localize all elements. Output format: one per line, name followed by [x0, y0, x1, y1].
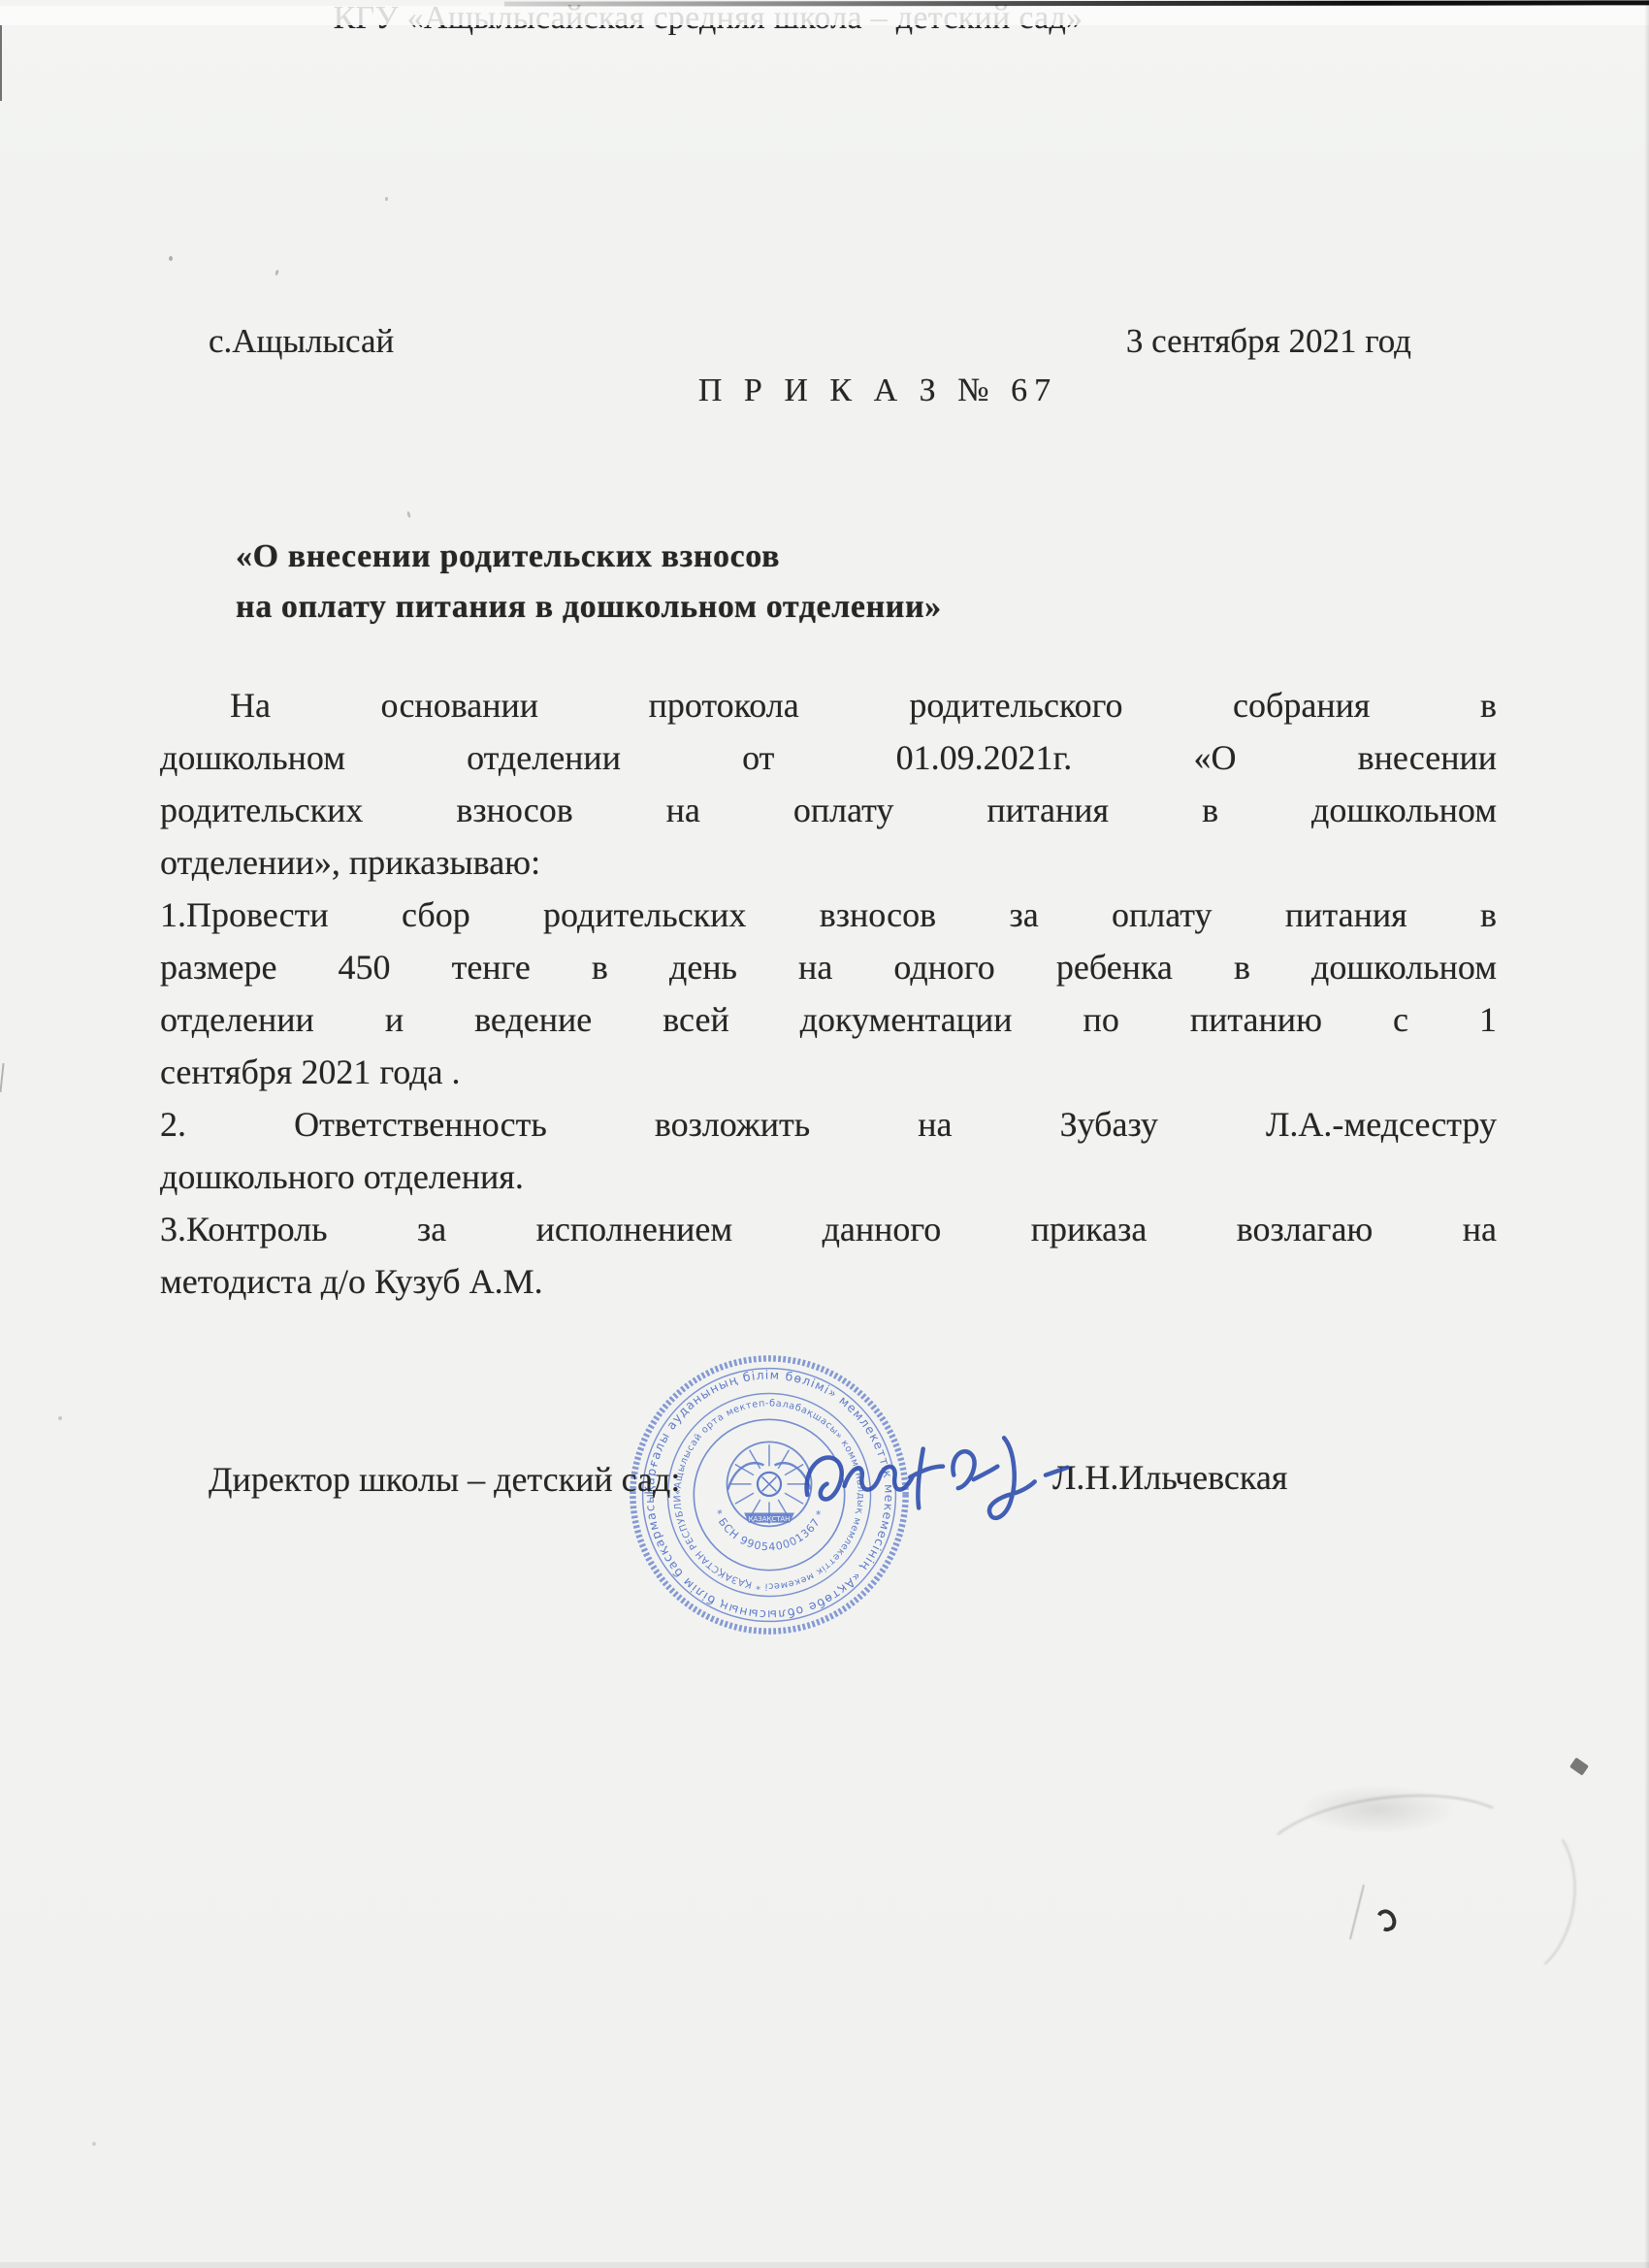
date-label: 3 сентября 2021 год [1126, 322, 1411, 361]
subject-line: на оплату питания в дошкольном отделении… [236, 582, 942, 632]
order-body: На основании протокола родительского соб… [160, 679, 1497, 1308]
scan-smudge [1349, 1885, 1365, 1940]
body-line: методиста д/о Кузуб А.М. [160, 1255, 1497, 1308]
scan-ink-blob [1569, 1757, 1589, 1775]
order-number-title: П Р И К А З № 67 [107, 373, 1649, 409]
subject-line: «О внесении родительских взносов [236, 532, 942, 582]
body-line: отделении», приказываю: [160, 836, 1497, 889]
scan-artifact-right-edge-shade [1644, 0, 1649, 2268]
scan-smudge [1250, 1781, 1528, 1924]
scanned-order-document: КГУ «Ащылысайская средняя школа – детски… [0, 0, 1649, 2268]
signature-role: Директор школы – детский сад: [209, 1459, 680, 1500]
body-line: 2. Ответственность возложить на Зубазу Л… [160, 1098, 1497, 1150]
scan-speck [169, 256, 173, 261]
body-line: сентября 2021 года . [160, 1046, 1497, 1098]
organization-name: КГУ «Ащылысайская средняя школа – детски… [0, 0, 1416, 37]
body-line: На основании протокола родительского соб… [160, 679, 1497, 731]
body-line: 3.Контроль за исполнением данного приказ… [160, 1203, 1497, 1255]
body-line: дошкольного отделения. [160, 1150, 1497, 1203]
scan-speck [275, 270, 279, 276]
scan-speck [92, 2142, 96, 2146]
scan-artifact-bottom-shade [0, 2262, 1649, 2268]
signature-autograph [797, 1418, 1088, 1539]
scan-ink-dot [1374, 1906, 1400, 1933]
scan-artifact-left-mark [0, 1063, 5, 1092]
body-line: отделении и ведение всей документации по… [160, 993, 1497, 1046]
order-subject: «О внесении родительских взносовна оплат… [236, 532, 942, 632]
emblem-country-label: ҚАЗАҚСТАН [749, 1515, 791, 1523]
body-line: дошкольном отделении от 01.09.2021г. «О … [160, 731, 1497, 784]
scan-speck [385, 197, 388, 201]
scan-smudge [1300, 1785, 1455, 1833]
scan-speck [406, 511, 411, 519]
scan-smudge [1443, 1804, 1586, 1989]
place-label: с.Ащылысай [209, 322, 394, 361]
scan-speck [58, 1416, 62, 1420]
body-line: размере 450 тенге в день на одного ребен… [160, 941, 1497, 993]
body-line: родительских взносов на оплату питания в… [160, 784, 1497, 836]
body-line: 1.Провести сбор родительских взносов за … [160, 889, 1497, 941]
